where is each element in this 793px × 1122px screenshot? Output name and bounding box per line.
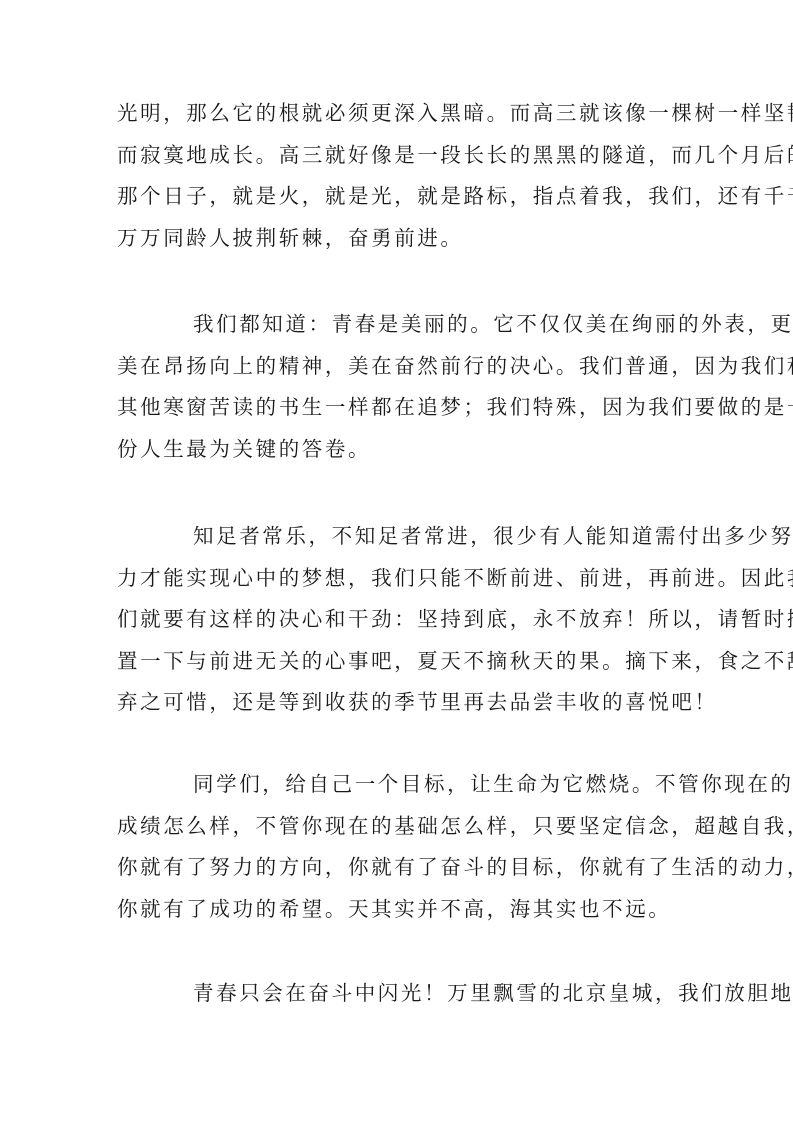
text-line: 弃之可惜，还是等到收获的季节里再去品尝丰收的喜悦吧！: [117, 682, 679, 724]
text-line: 那个日子，就是火，就是光，就是路标，指点着我，我们，还有千千: [117, 176, 679, 218]
document-page: 光明，那么它的根就必须更深入黑暗。而高三就该像一棵树一样坚韧 而寂寞地成长。高三…: [0, 0, 793, 1122]
text-line: 力才能实现心中的梦想，我们只能不断前进、前进，再前进。因此我: [117, 558, 679, 600]
text-line: 置一下与前进无关的心事吧，夏天不摘秋天的果。摘下来，食之不甜，: [117, 641, 679, 683]
text-line: 们就要有这样的决心和干劲：坚持到底，永不放弃！所以，请暂时搁: [117, 599, 679, 641]
paragraph-5: 青春只会在奋斗中闪光！万里飘雪的北京皇城，我们放胆地: [117, 973, 679, 1015]
text-line: 万万同龄人披荆斩棘，奋勇前进。: [117, 218, 679, 260]
text-line: 青春只会在奋斗中闪光！万里飘雪的北京皇城，我们放胆地: [117, 973, 679, 1015]
text-line: 成绩怎么样，不管你现在的基础怎么样，只要坚定信念，超越自我，: [117, 806, 679, 848]
text-line: 其他寒窗苦读的书生一样都在追梦；我们特殊，因为我们要做的是一: [117, 387, 679, 429]
text-line: 同学们，给自己一个目标，让生命为它燃烧。不管你现在的: [117, 764, 679, 806]
paragraph-3: 知足者常乐，不知足者常进，很少有人能知道需付出多少努 力才能实现心中的梦想，我们…: [117, 516, 679, 724]
text-line: 知足者常乐，不知足者常进，很少有人能知道需付出多少努: [117, 516, 679, 558]
text-line: 你就有了努力的方向，你就有了奋斗的目标，你就有了生活的动力，: [117, 847, 679, 889]
text-line: 而寂寞地成长。高三就好像是一段长长的黑黑的隧道，而几个月后的: [117, 135, 679, 177]
paragraph-1: 光明，那么它的根就必须更深入黑暗。而高三就该像一棵树一样坚韧 而寂寞地成长。高三…: [117, 93, 679, 259]
paragraph-4: 同学们，给自己一个目标，让生命为它燃烧。不管你现在的 成绩怎么样，不管你现在的基…: [117, 764, 679, 930]
text-line: 我们都知道：青春是美丽的。它不仅仅美在绚丽的外表，更: [117, 304, 679, 346]
text-line: 你就有了成功的希望。天其实并不高，海其实也不远。: [117, 889, 679, 931]
text-line: 光明，那么它的根就必须更深入黑暗。而高三就该像一棵树一样坚韧: [117, 93, 679, 135]
text-line: 美在昂扬向上的精神，美在奋然前行的决心。我们普通，因为我们和: [117, 346, 679, 388]
paragraph-2: 我们都知道：青春是美丽的。它不仅仅美在绚丽的外表，更 美在昂扬向上的精神，美在奋…: [117, 304, 679, 470]
text-line: 份人生最为关键的答卷。: [117, 429, 679, 471]
